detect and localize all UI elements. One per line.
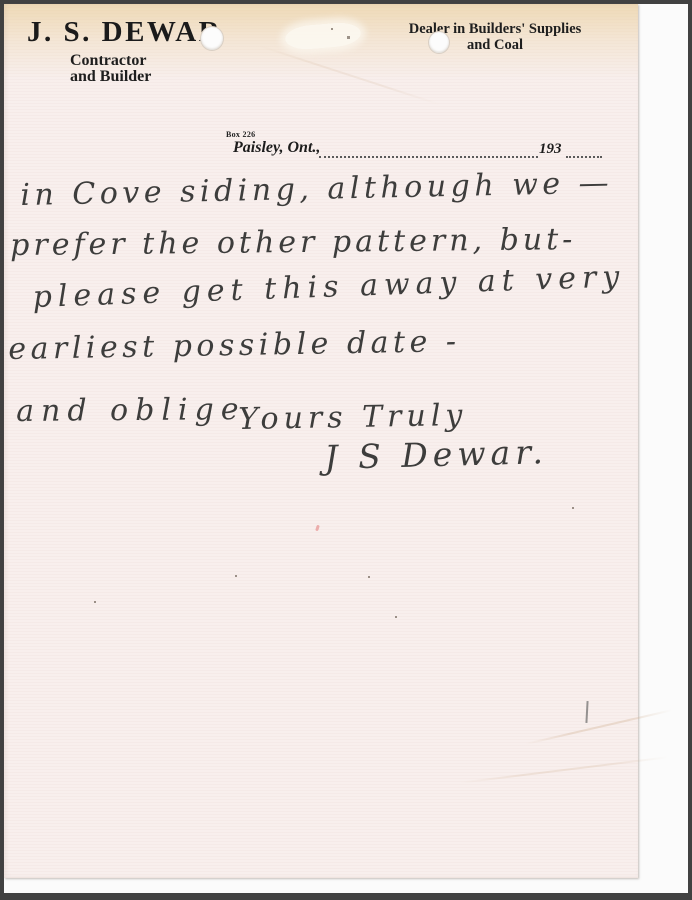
letter-paper: J. S. DEWAR Contractor and Builder Deale…	[4, 4, 638, 878]
paper-speck	[235, 575, 237, 577]
paper-crease	[258, 45, 439, 106]
scratch-mark	[585, 701, 588, 723]
company-name: J. S. DEWAR	[27, 16, 222, 49]
hole-punch-left	[200, 26, 224, 51]
place-date-line: Paisley, Ont.,	[233, 139, 320, 157]
paper-crease	[526, 709, 673, 745]
paper-speck	[94, 601, 96, 603]
handwriting-valediction: Yours Truly	[238, 398, 468, 437]
handwriting-line-1: in Cove siding, although we —	[20, 166, 613, 213]
handwriting-line-4: earliest possible date -	[8, 324, 461, 367]
scan-background: J. S. DEWAR Contractor and Builder Deale…	[4, 4, 688, 893]
handwriting-closing: and oblige	[16, 392, 246, 429]
hole-punch-right	[428, 31, 450, 54]
company-role-line1: Contractor	[70, 53, 146, 69]
paper-scuff-mark	[284, 21, 362, 52]
handwriting-signature: J S Dewar.	[324, 432, 548, 477]
box-number: Box 226	[226, 130, 255, 139]
paper-speck	[331, 28, 333, 30]
handwriting-line-2: prefer the other pattern, but-	[10, 222, 577, 263]
handwriting-line-3: please get this away at very	[32, 259, 626, 315]
paper-speck	[572, 507, 574, 509]
paper-speck	[368, 576, 370, 578]
tagline-line2: and Coal	[392, 37, 598, 53]
company-tagline: Dealer in Builders' Supplies and Coal	[392, 21, 598, 53]
paper-crease	[460, 756, 669, 784]
tagline-line1: Dealer in Builders' Supplies	[392, 21, 598, 37]
pink-fleck	[315, 525, 320, 532]
year-dotted-line	[566, 155, 602, 158]
paper-speck	[347, 36, 350, 39]
date-dotted-line	[319, 155, 538, 158]
company-role-line2: and Builder	[70, 69, 151, 85]
year-prefix: 193	[539, 141, 562, 158]
paper-speck	[395, 616, 397, 618]
